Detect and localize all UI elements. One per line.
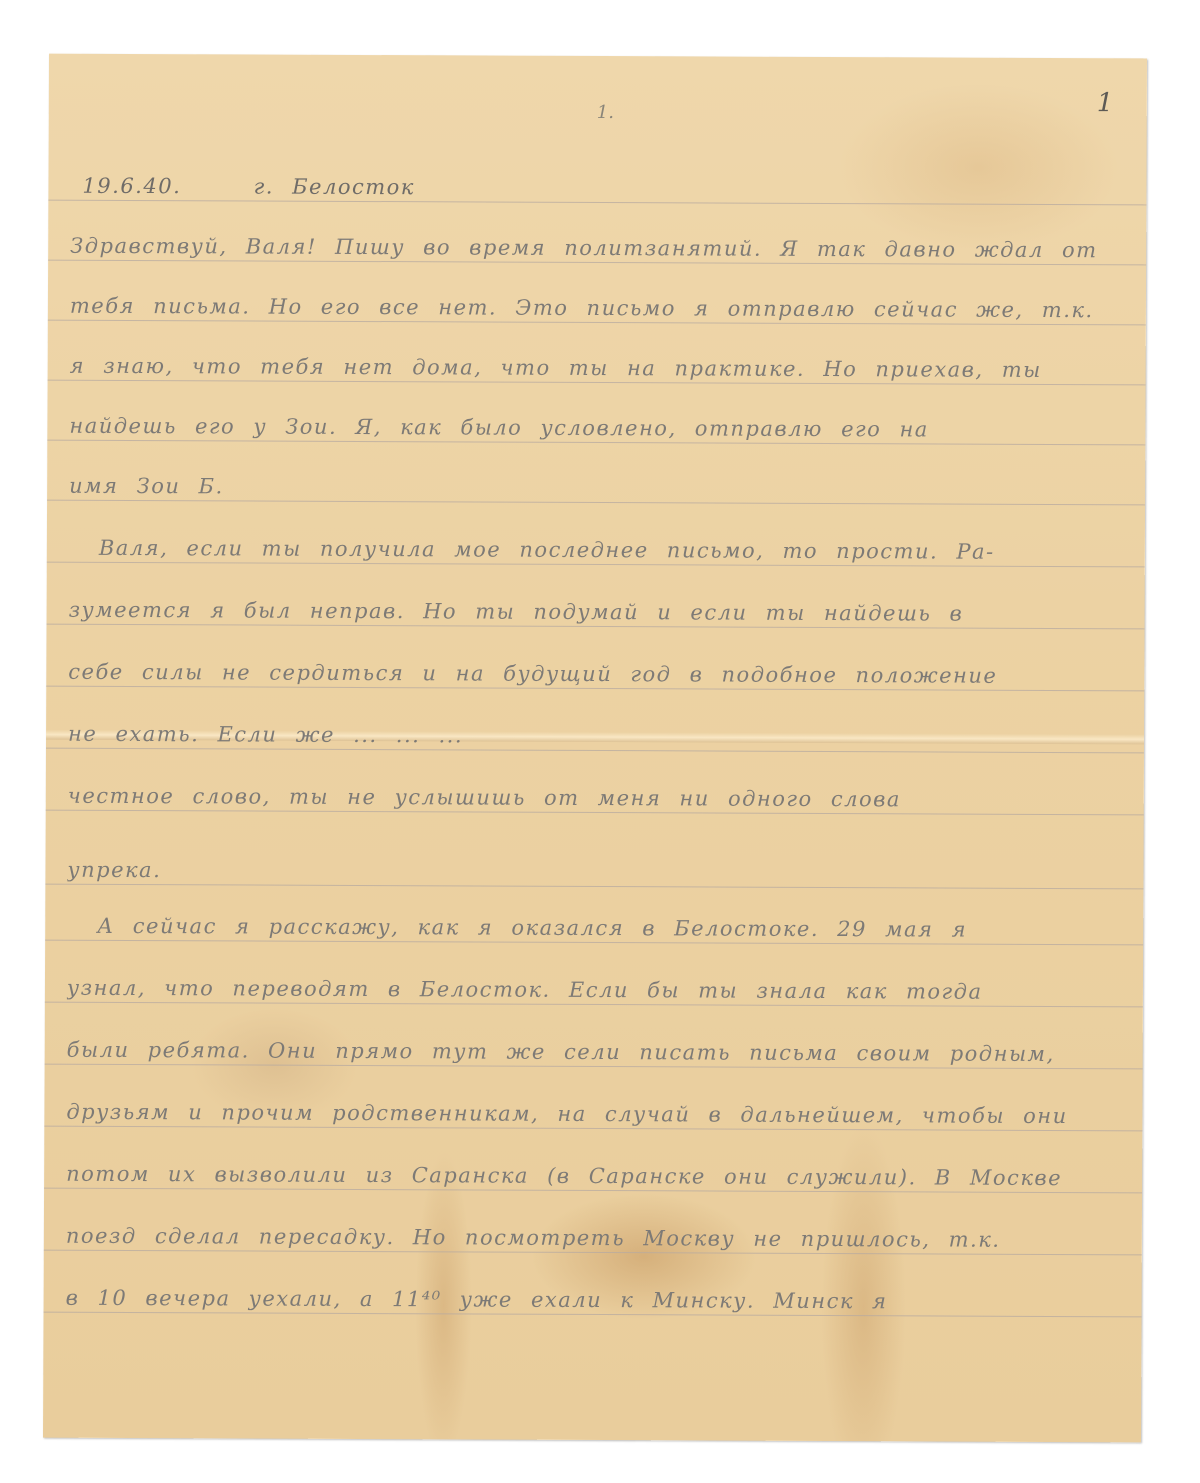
letter-line: друзьям и прочим родственникам, на случа…: [66, 1100, 1122, 1129]
letter-line: я знаю, что тебя нет дома, что ты на пра…: [70, 354, 1126, 383]
letter-line: честное слово, ты не услышишь от меня ни…: [68, 784, 1124, 813]
letter-line: не ехать. Если же ... ... ...: [68, 722, 1124, 751]
letter-line: зумеется я был неправ. Но ты подумай и е…: [69, 598, 1125, 627]
letter-header: 19.6.40. г. Белосток: [82, 174, 1126, 203]
letter-page: 1. 1 19.6.40. г. Белосток Здравствуй, Ва…: [43, 54, 1147, 1443]
letter-place: г. Белосток: [254, 175, 415, 200]
letter-line: себе силы не сердиться и на будущий год …: [68, 660, 1124, 689]
letter-line: Валя, если ты получила мое последнее пис…: [69, 536, 1125, 565]
letter-line: узнал, что переводят в Белосток. Если бы…: [67, 976, 1123, 1005]
letter-line: найдешь его у Зои. Я, как было условлено…: [69, 414, 1125, 443]
letter-line: поезд сделал пересадку. Но посмотреть Мо…: [66, 1224, 1122, 1253]
letter-line: были ребята. Они прямо тут же сели писат…: [67, 1038, 1123, 1067]
letter-line: упрека.: [67, 858, 1123, 887]
letter-line: А сейчас я расскажу, как я оказался в Бе…: [67, 914, 1123, 943]
letter-line: в 10 вечера уехали, а 11⁴⁰ уже ехали к М…: [66, 1286, 1122, 1315]
letter-line: потом их вызволили из Саранска (в Саранс…: [66, 1162, 1122, 1191]
letter-line: тебя письма. Но его все нет. Это письмо …: [70, 294, 1126, 323]
page-number: 1.: [597, 102, 614, 123]
letter-line: Здравствуй, Валя! Пишу во время политзан…: [70, 234, 1126, 263]
letter-line: имя Зои Б.: [69, 474, 1125, 503]
letter-date: 19.6.40.: [82, 174, 181, 198]
corner-mark: 1: [1097, 88, 1114, 118]
